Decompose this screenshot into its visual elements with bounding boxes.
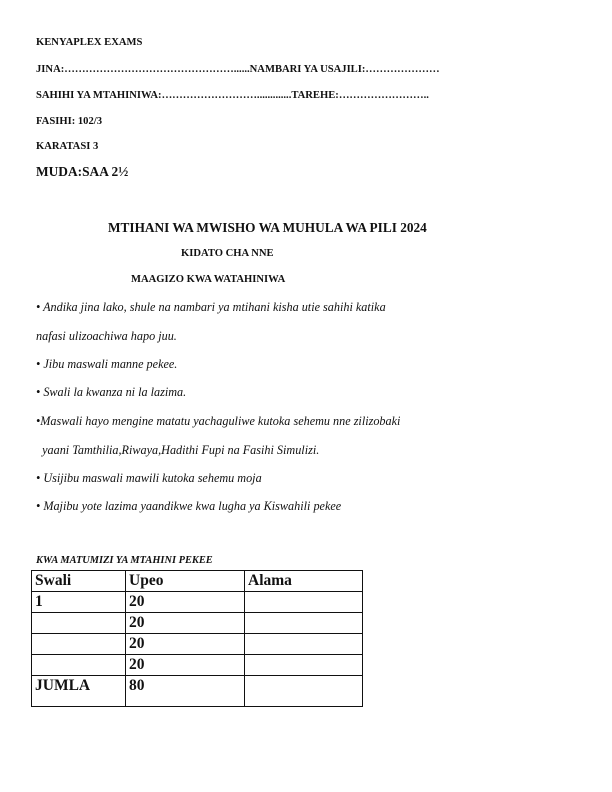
form-level: KIDATO CHA NNE [181, 248, 274, 259]
marks-table-caption: KWA MATUMIZI YA MTAHINI PEKEE [36, 555, 213, 566]
instruction-item: • Swali la kwanza ni la lazima. [36, 385, 186, 400]
paper-number: KARATASI 3 [36, 141, 98, 152]
table-row: 20 [32, 613, 363, 634]
marks-cell[interactable] [245, 613, 363, 634]
max-score-cell: 20 [126, 634, 245, 655]
instruction-item: yaani Tamthilia,Riwaya,Hadithi Fupi na F… [36, 443, 319, 458]
signature-date-field[interactable]: SAHIHI YA MTAHINIWA:………………………...........… [36, 90, 429, 101]
marks-cell[interactable] [245, 634, 363, 655]
table-row: 1 20 [32, 592, 363, 613]
instructions-heading: MAAGIZO KWA WATAHINIWA [131, 274, 285, 285]
instruction-item: • Jibu maswali manne pekee. [36, 357, 177, 372]
header-question: Swali [32, 571, 126, 592]
table-row: 20 [32, 634, 363, 655]
total-marks-cell[interactable] [245, 676, 363, 707]
header-marks: Alama [245, 571, 363, 592]
question-cell: 1 [32, 592, 126, 613]
total-label: JUMLA [32, 676, 126, 707]
instruction-item: nafasi ulizoachiwa hapo juu. [36, 329, 177, 344]
total-row: JUMLA 80 [32, 676, 363, 707]
duration: MUDA:SAA 2½ [36, 164, 128, 180]
max-score-cell: 20 [126, 592, 245, 613]
table-header-row: Swali Upeo Alama [32, 571, 363, 592]
marks-cell[interactable] [245, 655, 363, 676]
max-score-cell: 20 [126, 655, 245, 676]
instruction-item: • Majibu yote lazima yaandikwe kwa lugha… [36, 499, 341, 514]
instruction-item: •Maswali hayo mengine matatu yachaguliwe… [36, 414, 400, 429]
marks-table: Swali Upeo Alama 1 20 20 20 20 JUMLA 80 [31, 570, 363, 707]
table-row: 20 [32, 655, 363, 676]
subject-code: FASIHI: 102/3 [36, 116, 102, 127]
marks-cell[interactable] [245, 592, 363, 613]
exam-title: MTIHANI WA MWISHO WA MUHULA WA PILI 2024 [108, 220, 427, 236]
instruction-item: • Usijibu maswali mawili kutoka sehemu m… [36, 471, 262, 486]
brand-label: KENYAPLEX EXAMS [36, 37, 142, 48]
instruction-item: • Andika jina lako, shule na nambari ya … [36, 300, 386, 315]
total-max-score: 80 [126, 676, 245, 707]
header-max-score: Upeo [126, 571, 245, 592]
question-cell[interactable] [32, 613, 126, 634]
name-registration-field[interactable]: JINA:…………………………………………......NAMBARI YA US… [36, 64, 440, 75]
question-cell[interactable] [32, 655, 126, 676]
max-score-cell: 20 [126, 613, 245, 634]
question-cell[interactable] [32, 634, 126, 655]
